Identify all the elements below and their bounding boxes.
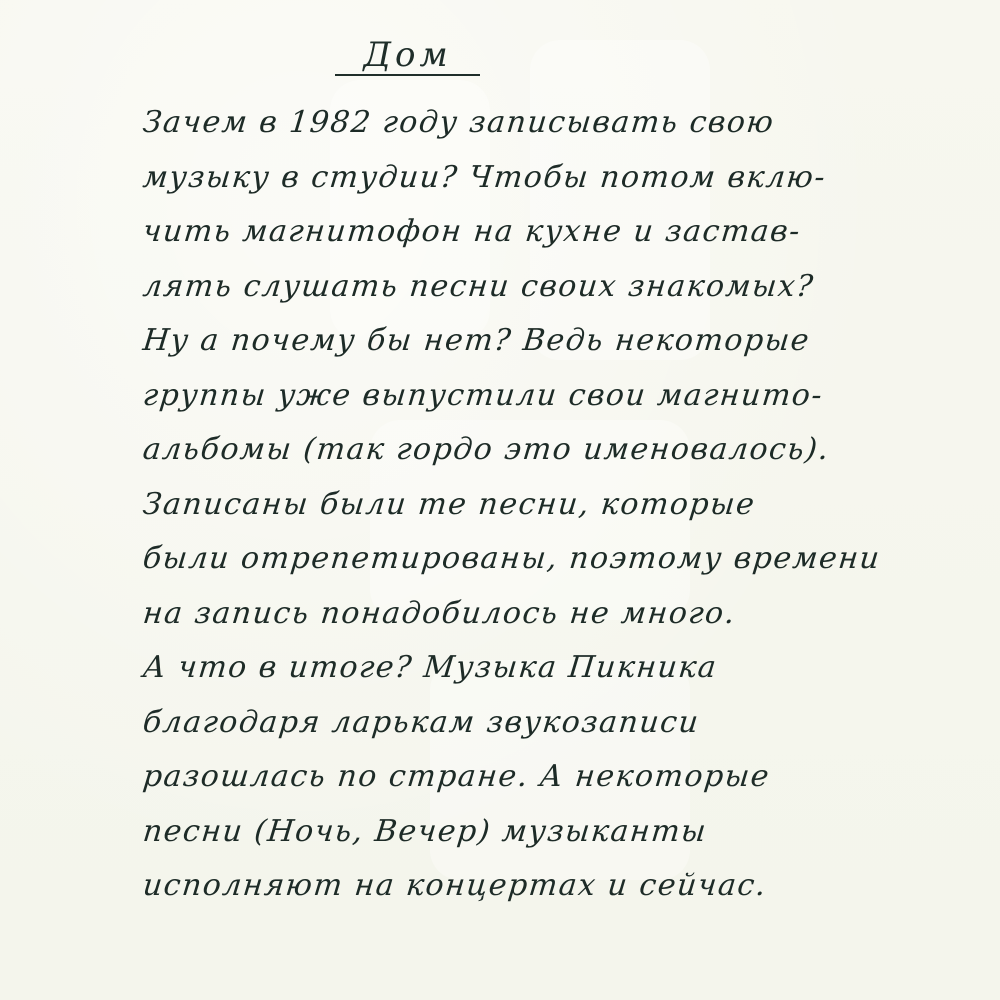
handwritten-note-page: Дом Зачем в 1982 году записывать свою му… xyxy=(0,0,1000,1000)
note-line: исполняют на концертах и сейчас. xyxy=(140,859,906,914)
note-line: А что в итоге? Музыка Пикника xyxy=(140,641,906,696)
note-line: разошлась по стране. А некоторые xyxy=(140,750,906,805)
note-title: Дом xyxy=(335,38,480,76)
note-line: благодаря ларькам звукозаписи xyxy=(140,696,906,751)
note-line: на запись понадобилось не много. xyxy=(140,587,906,642)
note-line: альбомы (так гордо это именовалось). xyxy=(140,423,906,478)
note-line: группы уже выпустили свои магнито- xyxy=(140,369,906,424)
note-line: музыку в студии? Чтобы потом вклю- xyxy=(140,151,906,206)
note-line: лять слушать песни своих знакомых? xyxy=(140,260,906,315)
note-line: чить магнитофон на кухне и застав- xyxy=(140,205,906,260)
note-body: Зачем в 1982 году записывать свою музыку… xyxy=(140,96,900,914)
note-line: песни (Ночь, Вечер) музыканты xyxy=(140,805,906,860)
note-line: Ну а почему бы нет? Ведь некоторые xyxy=(140,314,906,369)
note-line: Записаны были те песни, которые xyxy=(140,478,906,533)
note-line: Зачем в 1982 году записывать свою xyxy=(140,96,906,151)
note-line: были отрепетированы, поэтому времени xyxy=(140,532,906,587)
